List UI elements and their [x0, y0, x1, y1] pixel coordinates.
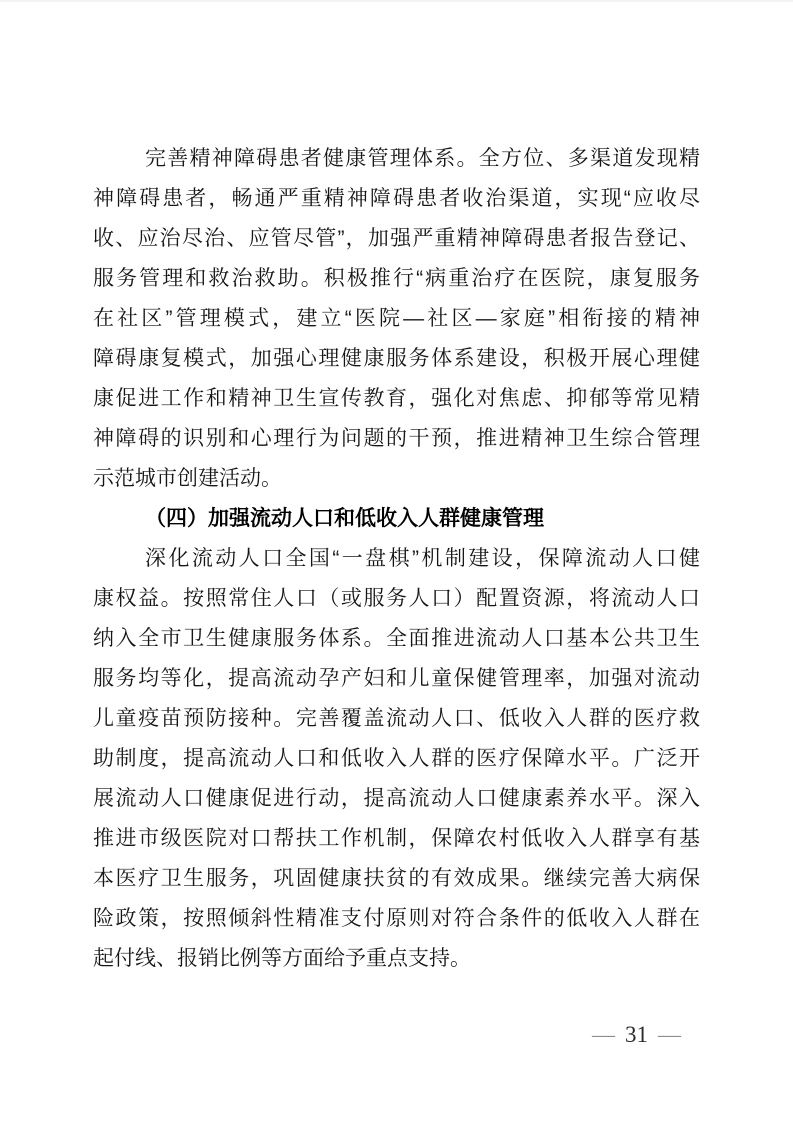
section-heading: （四）加强流动人口和低收入人群健康管理	[93, 499, 700, 539]
heading-section-four: （四）加强流动人口和低收入人群健康管理	[93, 499, 700, 539]
text-line: 推进市级医院对口帮扶工作机制，保障农村低收入人群享有基	[93, 819, 700, 859]
text-line: 神障碍的识别和心理行为问题的干预，推进精神卫生综合管理	[93, 419, 700, 459]
text-line: 助制度，提高流动人口和低收入人群的医疗保障水平。广泛开	[93, 739, 700, 779]
footer-dash-left: —	[592, 1020, 615, 1050]
text-line: 深化流动人口全国“一盘棋”机制建设，保障流动人口健	[93, 539, 700, 579]
text-line: 完善精神障碍患者健康管理体系。全方位、多渠道发现精	[93, 139, 700, 179]
text-line: 服务均等化，提高流动孕产妇和儿童保健管理率，加强对流动	[93, 659, 700, 699]
text-line: 在社区”管理模式，建立“医院—社区—家庭”相衔接的精神	[93, 299, 700, 339]
text-line: 示范城市创建活动。	[93, 459, 700, 499]
text-line: 服务管理和救治救助。积极推行“病重治疗在医院，康复服务	[93, 259, 700, 299]
text-line: 障碍康复模式，加强心理健康服务体系建设，积极开展心理健	[93, 339, 700, 379]
para-migrant-low-income-health: 深化流动人口全国“一盘棋”机制建设，保障流动人口健康权益。按照常住人口（或服务人…	[93, 539, 700, 979]
document-body: 完善精神障碍患者健康管理体系。全方位、多渠道发现精神障碍患者，畅通严重精神障碍患…	[93, 139, 700, 979]
page-footer: — 31 —	[592, 1020, 681, 1050]
text-line: 纳入全市卫生健康服务体系。全面推进流动人口基本公共卫生	[93, 619, 700, 659]
footer-dash-right: —	[658, 1020, 681, 1050]
text-line: 康促进工作和精神卫生宣传教育，强化对焦虑、抑郁等常见精	[93, 379, 700, 419]
text-line: 起付线、报销比例等方面给予重点支持。	[93, 939, 700, 979]
text-line: 展流动人口健康促进行动，提高流动人口健康素养水平。深入	[93, 779, 700, 819]
text-line: 神障碍患者，畅通严重精神障碍患者收治渠道，实现“应收尽	[93, 179, 700, 219]
text-line: 本医疗卫生服务，巩固健康扶贫的有效成果。继续完善大病保	[93, 859, 700, 899]
page-number: 31	[625, 1020, 648, 1050]
document-page: 完善精神障碍患者健康管理体系。全方位、多渠道发现精神障碍患者，畅通严重精神障碍患…	[0, 0, 793, 1122]
text-line: 险政策，按照倾斜性精准支付原则对符合条件的低收入人群在	[93, 899, 700, 939]
text-line: 儿童疫苗预防接种。完善覆盖流动人口、低收入人群的医疗救	[93, 699, 700, 739]
para-mental-health-management: 完善精神障碍患者健康管理体系。全方位、多渠道发现精神障碍患者，畅通严重精神障碍患…	[93, 139, 700, 499]
text-line: 收、应治尽治、应管尽管”，加强严重精神障碍患者报告登记、	[93, 219, 700, 259]
text-line: 康权益。按照常住人口（或服务人口）配置资源，将流动人口	[93, 579, 700, 619]
